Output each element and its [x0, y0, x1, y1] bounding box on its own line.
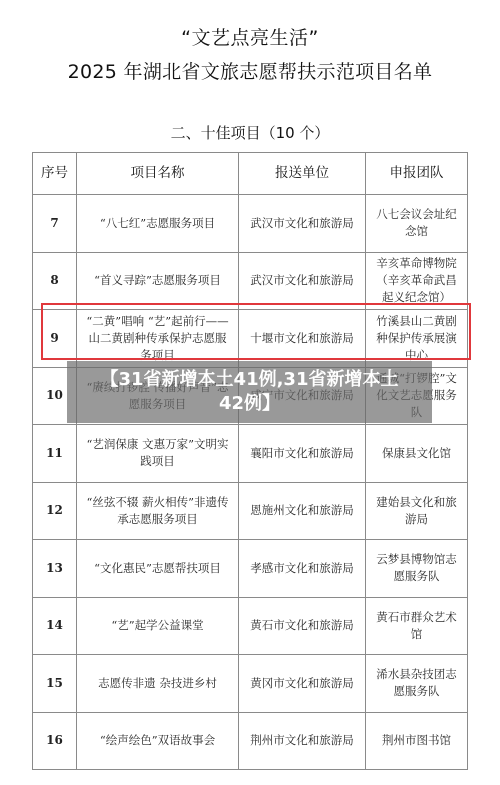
cell-team: 八七会议会址纪念馆 [366, 195, 468, 253]
cell-unit: 襄阳市文化和旅游局 [239, 425, 366, 483]
header-team: 申报团队 [366, 153, 468, 195]
table-row-highlighted: 9 “二黄”唱响 “艺”起前行——山二黄剧种传承保护志愿服务项目 十堰市文化和旅… [33, 310, 468, 368]
overlay-headline-line1: 【31省新增本土41例,31省新增本土 [101, 368, 399, 392]
cell-num: 14 [33, 597, 77, 655]
cell-team: 建始县文化和旅游局 [366, 482, 468, 540]
header-num: 序号 [33, 153, 77, 195]
cell-name: “文化惠民”志愿帮扶项目 [77, 540, 239, 598]
cell-team: 云梦县博物馆志愿服务队 [366, 540, 468, 598]
cell-name: “绘声绘色”双语故事会 [77, 712, 239, 770]
cell-team: 浠水县杂技团志愿服务队 [366, 655, 468, 713]
cell-name: “丝弦不辍 薪火相传”非遗传承志愿服务项目 [77, 482, 239, 540]
cell-num: 8 [33, 252, 77, 310]
table-row: 15 志愿传非遗 杂技进乡村 黄冈市文化和旅游局 浠水县杂技团志愿服务队 [33, 655, 468, 713]
cell-unit: 恩施州文化和旅游局 [239, 482, 366, 540]
cell-team: 保康县文化馆 [366, 425, 468, 483]
document-title-line1: “文艺点亮生活” [0, 23, 500, 50]
project-table: 序号 项目名称 报送单位 申报团队 7 “八七红”志愿服务项目 武汉市文化和旅游… [32, 152, 468, 770]
document-title-line2: 2025 年湖北省文旅志愿帮扶示范项目名单 [0, 57, 500, 84]
cell-name: “首义寻踪”志愿服务项目 [77, 252, 239, 310]
cell-unit: 孝感市文化和旅游局 [239, 540, 366, 598]
cell-name: “八七红”志愿服务项目 [77, 195, 239, 253]
cell-num: 9 [33, 310, 77, 368]
cell-team: 黄石市群众艺术馆 [366, 597, 468, 655]
table-row: 7 “八七红”志愿服务项目 武汉市文化和旅游局 八七会议会址纪念馆 [33, 195, 468, 253]
table-row: 13 “文化惠民”志愿帮扶项目 孝感市文化和旅游局 云梦县博物馆志愿服务队 [33, 540, 468, 598]
cell-team: 荆州市图书馆 [366, 712, 468, 770]
cell-unit: 荆州市文化和旅游局 [239, 712, 366, 770]
cell-name: “艺”起学公益课堂 [77, 597, 239, 655]
header-name: 项目名称 [77, 153, 239, 195]
cell-num: 15 [33, 655, 77, 713]
section-title: 二、十佳项目（10 个） [0, 122, 500, 143]
header-unit: 报送单位 [239, 153, 366, 195]
cell-name: 志愿传非遗 杂技进乡村 [77, 655, 239, 713]
cell-num: 13 [33, 540, 77, 598]
cell-unit: 武汉市文化和旅游局 [239, 252, 366, 310]
overlay-headline-line2: 42例】 [219, 392, 280, 416]
table-row: 8 “首义寻踪”志愿服务项目 武汉市文化和旅游局 辛亥革命博物院（辛亥革命武昌起… [33, 252, 468, 310]
table-row: 14 “艺”起学公益课堂 黄石市文化和旅游局 黄石市群众艺术馆 [33, 597, 468, 655]
cell-num: 16 [33, 712, 77, 770]
cell-num: 7 [33, 195, 77, 253]
cell-unit: 黄石市文化和旅游局 [239, 597, 366, 655]
headline-overlay-banner[interactable]: 【31省新增本土41例,31省新增本土 42例】 [67, 361, 432, 423]
table-header-row: 序号 项目名称 报送单位 申报团队 [33, 153, 468, 195]
cell-num: 12 [33, 482, 77, 540]
table-row: 11 “艺润保康 文惠万家”文明实践项目 襄阳市文化和旅游局 保康县文化馆 [33, 425, 468, 483]
cell-unit: 黄冈市文化和旅游局 [239, 655, 366, 713]
cell-name: “二黄”唱响 “艺”起前行——山二黄剧种传承保护志愿服务项目 [77, 310, 239, 368]
cell-team: 竹溪县山二黄剧种保护传承展演中心 [366, 310, 468, 368]
cell-unit: 十堰市文化和旅游局 [239, 310, 366, 368]
cell-name: “艺润保康 文惠万家”文明实践项目 [77, 425, 239, 483]
table-row: 12 “丝弦不辍 薪火相传”非遗传承志愿服务项目 恩施州文化和旅游局 建始县文化… [33, 482, 468, 540]
cell-num: 11 [33, 425, 77, 483]
cell-unit: 武汉市文化和旅游局 [239, 195, 366, 253]
cell-team: 辛亥革命博物院（辛亥革命武昌起义纪念馆） [366, 252, 468, 310]
table-row: 16 “绘声绘色”双语故事会 荆州市文化和旅游局 荆州市图书馆 [33, 712, 468, 770]
